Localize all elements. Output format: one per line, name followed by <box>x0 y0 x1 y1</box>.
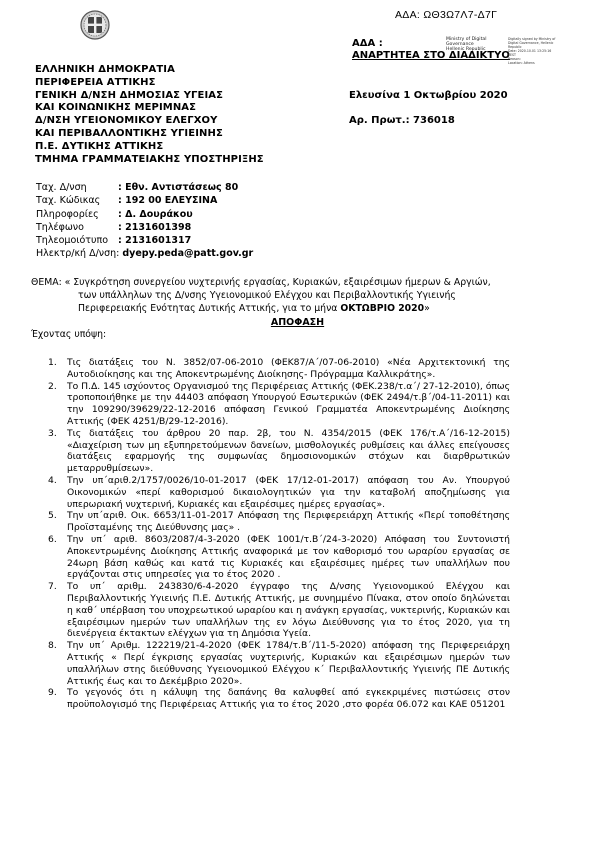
digital-signature-details: Digitally signed by Ministry of Digital … <box>508 37 555 65</box>
contact-details: Ταχ. Δ/νση: Εθν. Αντιστάσεως 80 Ταχ. Κώδ… <box>36 181 253 261</box>
subject-block: ΘΕΜΑ: « Συγκρότηση συνεργείου νυχτερινής… <box>31 276 491 315</box>
list-item: 4.Την υπ΄αριθ.2/1757/0026/10-01-2017 (ΦΕ… <box>48 475 510 510</box>
list-item: 9.Το γεγονός ότι η κάλυψη της δαπάνης θα… <box>48 687 510 711</box>
list-item: 8.Την υπ΄ Αριθμ. 122219/21-4-2020 (ΦΕΚ 1… <box>48 640 510 687</box>
considerations-list: 1.Τις διατάξεις του Ν. 3852/07-06-2010 (… <box>48 357 510 711</box>
header-line: ΓΕΝΙΚΗ Δ/ΝΣΗ ΔΗΜΟΣΙΑΣ ΥΓΕΙΑΣ <box>35 90 264 103</box>
digital-signature-signer: Ministry of Digital Governance Hellenic … <box>446 37 486 52</box>
document-ada-code: ΑΔΑ: ΩΘ3Ω7Λ7-Δ7Γ <box>395 9 497 21</box>
header-line: ΕΛΛΗΝΙΚΗ ΔΗΜΟΚΡΑΤΙΑ <box>35 64 264 77</box>
list-item: 7.Το υπ΄ αριθμ. 243830/6-4-2020 έγγραφο … <box>48 581 510 640</box>
email-link[interactable]: dyepy.peda@patt.gov.gr <box>122 247 253 260</box>
list-item: 1.Τις διατάξεις του Ν. 3852/07-06-2010 (… <box>48 357 510 381</box>
greek-coat-of-arms-icon <box>80 10 110 40</box>
list-item: 5.Την υπ΄αριθ. Οικ. 6653/11-01-2017 Απόφ… <box>48 510 510 534</box>
decision-title: ΑΠΟΦΑΣΗ <box>0 317 595 328</box>
header-line: ΠΕΡΙΦΕΡΕΙΑ ΑΤΤΙΚΗΣ <box>35 77 264 90</box>
issuing-authority-header: ΕΛΛΗΝΙΚΗ ΔΗΜΟΚΡΑΤΙΑ ΠΕΡΙΦΕΡΕΙΑ ΑΤΤΙΚΗΣ Γ… <box>35 64 264 166</box>
subject-line-1: ΘΕΜΑ: « Συγκρότηση συνεργείου νυχτερινής… <box>31 276 491 289</box>
contact-row-fax: Τηλεομοιότυπο: 2131601317 <box>36 234 253 247</box>
header-line: ΚΑΙ ΠΕΡΙΒΑΛΛΟΝΤΙΚΗΣ ΥΓΙΕΙΝΗΣ <box>35 128 264 141</box>
document-date: Ελευσίνα 1 Οκτωβρίου 2020 <box>349 90 508 101</box>
contact-row-email: Ηλεκτρ/κή Δ/νση: dyepy.peda@patt.gov.gr <box>36 247 253 260</box>
subject-line-3: Περιφερειακής Ενότητας Δυτικής Αττικής, … <box>31 302 491 315</box>
contact-row-phone: Τηλέφωνο: 2131601398 <box>36 221 253 234</box>
list-item: 3.Τις διατάξεις του άρθρου 20 παρ. 2β, τ… <box>48 428 510 475</box>
list-item: 2.Το Π.Δ. 145 ισχύοντος Οργανισμού της Π… <box>48 381 510 428</box>
contact-row-info: Πληροφορίες: Δ. Δουράκου <box>36 208 253 221</box>
header-line: Δ/ΝΣΗ ΥΓΕΙΟΝΟΜΙΚΟΥ ΕΛΕΓΧΟΥ <box>35 115 264 128</box>
protocol-number: Αρ. Πρωτ.: 736018 <box>349 115 455 126</box>
header-line: ΚΑΙ ΚΟΙΝΩΝΙΚΗΣ ΜΕΡΙΜΝΑΣ <box>35 102 264 115</box>
having-regard-label: Έχοντας υπόψη: <box>31 329 106 340</box>
contact-row-address: Ταχ. Δ/νση: Εθν. Αντιστάσεως 80 <box>36 181 253 194</box>
contact-row-postcode: Ταχ. Κώδικας: 192 00 ΕΛΕΥΣΙΝΑ <box>36 194 253 207</box>
header-line: Π.Ε. ΔΥΤΙΚΗΣ ΑΤΤΙΚΗΣ <box>35 141 264 154</box>
list-item: 6.Την υπ΄ αριθ. 8603/2087/4-3-2020 (ΦΕΚ … <box>48 534 510 581</box>
subject-line-2: των υπάλληλων της Δ/νσης Υγειονομικού Ελ… <box>31 289 491 302</box>
header-line: ΤΜΗΜΑ ΓΡΑΜΜΑΤΕΙΑΚΗΣ ΥΠΟΣΤΗΡΙΞΗΣ <box>35 154 264 167</box>
